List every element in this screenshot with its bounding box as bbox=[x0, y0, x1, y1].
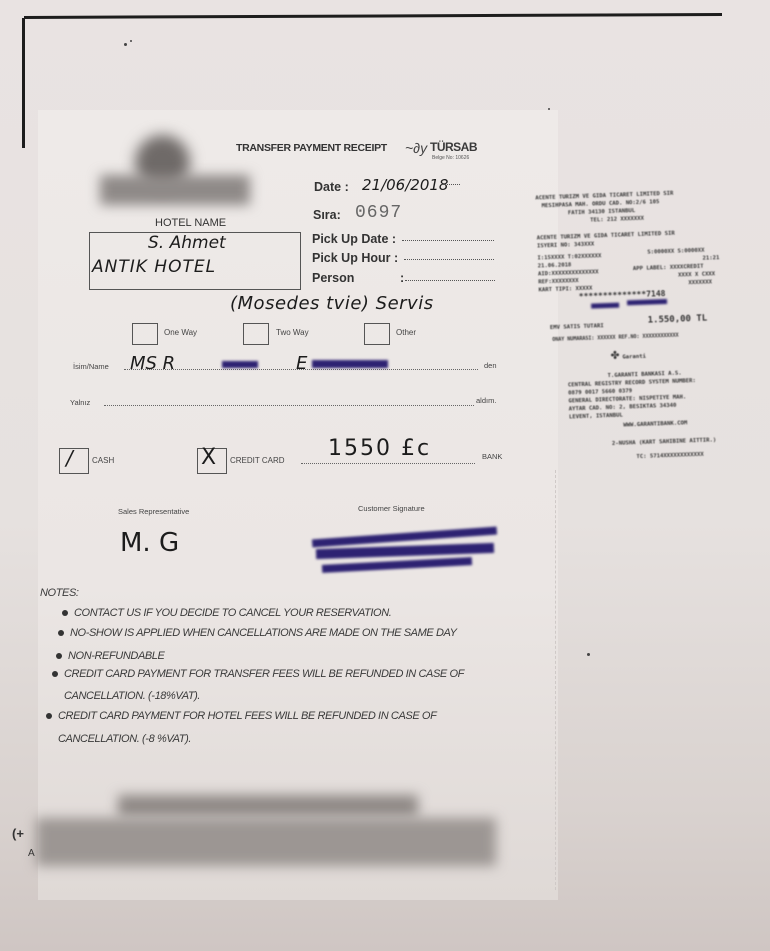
pos-line: FATIH 34130 ISTANBUL bbox=[568, 208, 636, 216]
garanti-logo: ✤Garanti bbox=[611, 346, 647, 363]
note-item: CREDIT CARD PAYMENT FOR TRANSFER FEES WI… bbox=[52, 668, 464, 680]
name-label: İsim/Name bbox=[73, 362, 109, 371]
note-item: NON-REFUNDABLE bbox=[56, 650, 164, 662]
surname-redaction-scribble bbox=[312, 360, 388, 368]
receipt-title: TRANSFER PAYMENT RECEIPT bbox=[236, 142, 387, 154]
pos-cell: REF:XXXXXXXX bbox=[538, 278, 579, 285]
cash-checkbox[interactable] bbox=[59, 448, 89, 474]
customer-signature-label: Customer Signature bbox=[358, 504, 425, 513]
tursab-license: Belge No: 10626 bbox=[432, 155, 469, 161]
service-note-handwritten: (Mosedes tvie) Servis bbox=[230, 293, 434, 314]
credit-card-label: CREDIT CARD bbox=[230, 456, 285, 465]
one-way-label: One Way bbox=[164, 328, 197, 337]
pos-bank-line: CENTRAL REGISTRY RECORD SYSTEM NUMBER: bbox=[568, 378, 696, 388]
pos-bank-line: 0879 0017 5660 0379 bbox=[568, 388, 632, 396]
pos-cell: 21.06.2018 bbox=[538, 262, 572, 269]
yalniz-field bbox=[104, 405, 474, 406]
date-label: Date : bbox=[314, 180, 349, 194]
note-item: CONTACT US IF YOU DECIDE TO CANCEL YOUR … bbox=[62, 607, 391, 619]
sira-number: 0697 bbox=[355, 203, 402, 223]
credit-card-checkmark: X bbox=[201, 445, 216, 470]
person-label: Person bbox=[312, 271, 354, 285]
hotel-name-line2: ANTIK HOTEL bbox=[92, 257, 216, 277]
two-way-checkbox[interactable] bbox=[243, 323, 269, 345]
sales-rep-label: Sales Representative bbox=[118, 507, 189, 516]
pos-line: MESIHPASA MAH. ORDU CAD. NO:2/6 105 bbox=[542, 199, 660, 209]
pos-cell: I:15XXXX T:02XXXXXX bbox=[537, 253, 601, 261]
amount-handwritten: 1550 £c bbox=[328, 436, 431, 461]
hotel-name-line1: S. Ahmet bbox=[148, 233, 226, 253]
pos-cell: XXXX X CXXX bbox=[678, 271, 715, 278]
pickup-hour-field bbox=[404, 259, 494, 260]
cardholder-redaction bbox=[627, 299, 667, 305]
note-item: NO-SHOW IS APPLIED WHEN CANCELLATIONS AR… bbox=[58, 627, 457, 639]
pos-line: ACENTE TURIZM VE GIDA TICARET LIMITED SI… bbox=[537, 231, 675, 242]
pos-line: TEL: 212 XXXXXXX bbox=[590, 216, 644, 224]
bullet-icon bbox=[46, 713, 52, 719]
other-checkbox[interactable] bbox=[364, 323, 390, 345]
footer-address-prefix: A bbox=[28, 848, 35, 859]
cash-checkmark: / bbox=[66, 446, 73, 470]
pos-line: ISYERI NO: 343XXX bbox=[537, 241, 594, 249]
name-value: MS R bbox=[130, 353, 175, 374]
date-value: 21/06/2018 bbox=[362, 176, 448, 194]
yalniz-label: Yalnız bbox=[70, 398, 90, 407]
tursab-logo: TÜRSAB bbox=[430, 140, 477, 154]
pos-ref-line: ONAY NUMARASI: XXXXXX REF.NO: XXXXXXXXXX… bbox=[552, 333, 679, 343]
pos-cell: AID:XXXXXXXXXXXXXX bbox=[538, 269, 599, 277]
pos-cell: S:0000XX S:0000XX bbox=[647, 248, 704, 256]
sira-label: Sıra: bbox=[313, 208, 341, 222]
pos-bank-line: WWW.GARANTIBANK.COM bbox=[623, 420, 687, 428]
cash-label: CASH bbox=[92, 456, 114, 465]
frame-border-top bbox=[24, 13, 722, 19]
bank-label: BANK bbox=[482, 452, 502, 461]
name-suffix: den bbox=[484, 361, 497, 370]
dust-speck bbox=[587, 653, 590, 656]
pickup-date-field bbox=[402, 240, 494, 241]
two-way-label: Two Way bbox=[276, 328, 309, 337]
amount-field bbox=[301, 463, 475, 464]
transfer-receipt-slip bbox=[38, 110, 558, 900]
pos-cell: 21:21 bbox=[702, 255, 719, 262]
garanti-clover-icon: ✤ bbox=[611, 347, 620, 363]
pos-copy-line: 2-NUSHA (KART SAHIBINE AITTIR.) bbox=[612, 437, 717, 447]
pos-cell: XXXXXXX bbox=[688, 279, 712, 286]
yalniz-suffix: aldım. bbox=[476, 396, 496, 405]
person-field bbox=[405, 280, 495, 281]
note-item-continued: CANCELLATION. (-18%VAT). bbox=[64, 690, 200, 702]
bullet-icon bbox=[56, 653, 62, 659]
cardholder-redaction bbox=[591, 303, 619, 309]
pos-tc-line: TC: 5714XXXXXXXXXXXX bbox=[636, 452, 704, 460]
date-dots bbox=[442, 184, 460, 185]
perforation-edge bbox=[555, 470, 558, 890]
sales-rep-signature: M. G bbox=[120, 528, 179, 558]
name-redaction-scribble bbox=[222, 361, 258, 368]
pos-sale-amount: 1.550,00 TL bbox=[648, 314, 708, 326]
pickup-date-label: Pick Up Date : bbox=[312, 232, 396, 246]
pickup-hour-label: Pick Up Hour : bbox=[312, 251, 398, 265]
bullet-icon bbox=[52, 671, 58, 677]
one-way-checkbox[interactable] bbox=[132, 323, 158, 345]
notes-label: NOTES: bbox=[40, 587, 79, 599]
footer-redacted-line1 bbox=[118, 795, 418, 817]
frame-border-left bbox=[22, 18, 25, 148]
pos-sale-label: EMV SATIS TUTARI bbox=[550, 323, 604, 331]
other-label: Other bbox=[396, 328, 416, 337]
name-value-2: E bbox=[296, 353, 307, 374]
bullet-icon bbox=[62, 610, 68, 616]
footer-redacted-line2 bbox=[36, 818, 496, 866]
hotel-name-label: HOTEL NAME bbox=[155, 217, 226, 229]
bullet-icon bbox=[58, 630, 64, 636]
note-item: CREDIT CARD PAYMENT FOR HOTEL FEES WILL … bbox=[46, 710, 436, 722]
pos-cell: APP LABEL: XXXXCREDIT bbox=[633, 264, 704, 272]
pos-bank-line: LEVENT, ISTANBUL bbox=[569, 413, 623, 421]
pos-card-slip: ACENTE TURIZM VE GIDA TICARET LIMITED SI… bbox=[514, 146, 761, 514]
pos-bank-line: AYTAR CAD. NO: 2, BESIKTAS 34340 bbox=[569, 403, 677, 413]
note-item-continued: CANCELLATION. (-8 %VAT). bbox=[58, 733, 191, 745]
pos-bank-line: T.GARANTI BANKASI A.S. bbox=[607, 370, 681, 379]
footer-phone-icon: (+ bbox=[12, 826, 24, 841]
dust-speck bbox=[124, 43, 127, 46]
dust-speck bbox=[130, 40, 132, 42]
signature-swoosh-icon: ~∂y bbox=[405, 140, 427, 156]
person-colon: : bbox=[400, 271, 404, 285]
